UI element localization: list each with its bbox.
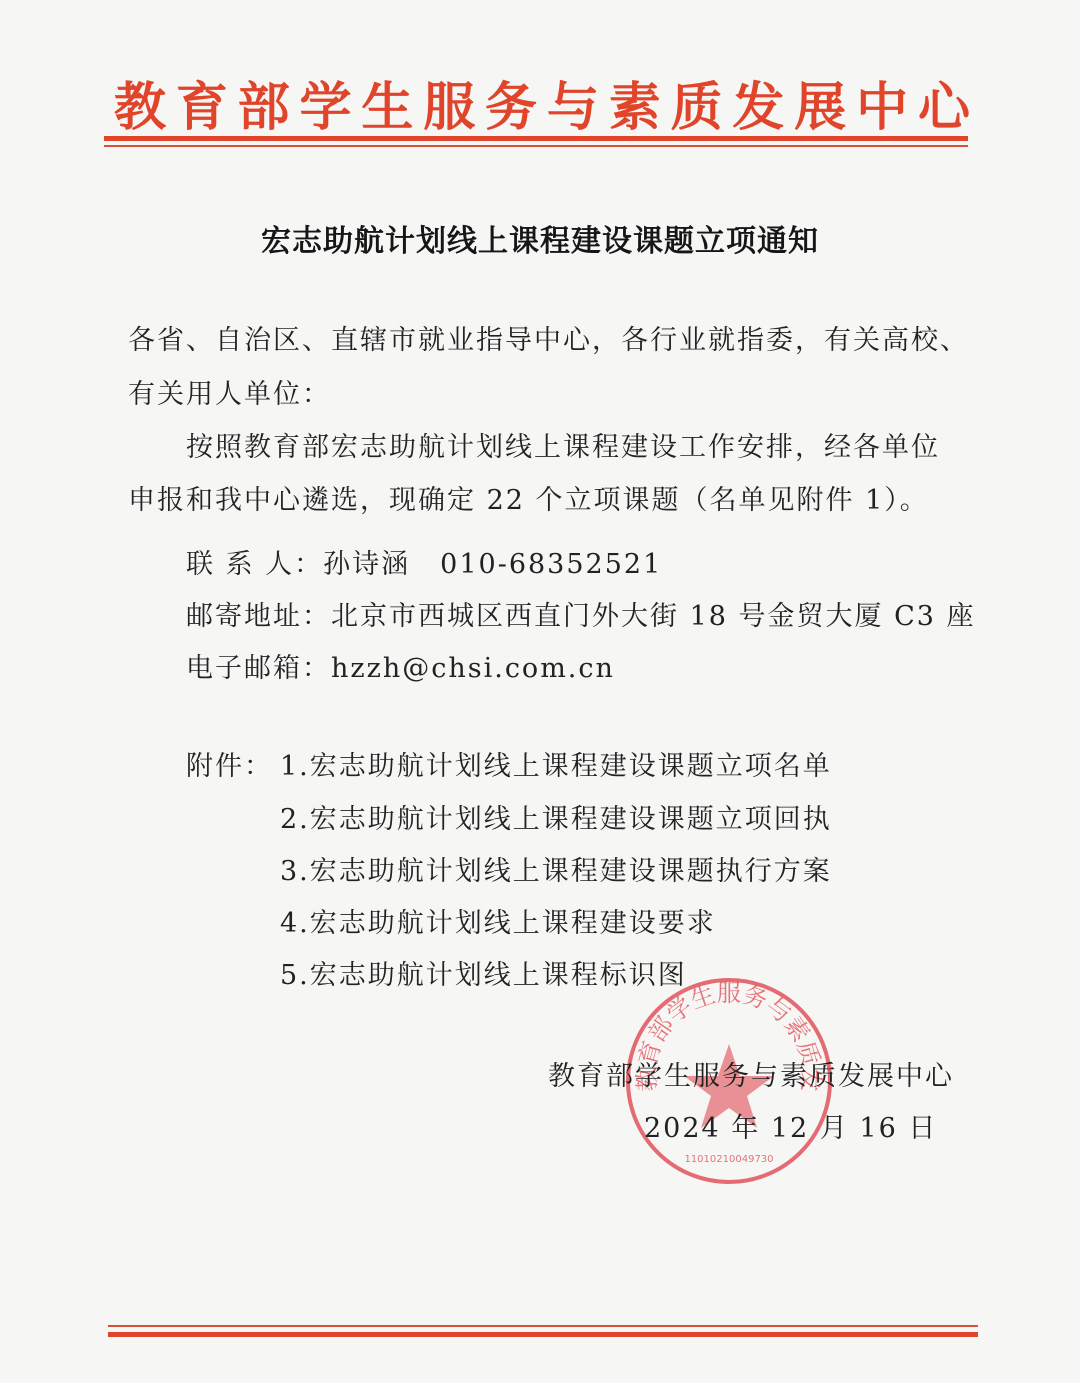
letterhead-char: 与	[545, 65, 601, 140]
contact-phone: 010-68352521	[440, 549, 662, 580]
letterhead-char: 展	[792, 65, 848, 140]
attachment-item-4: 4.宏志助航计划线上课程建设要求	[280, 901, 716, 940]
letterhead-char: 心	[916, 65, 972, 140]
body-paragraph-line-1: 按照教育部宏志助航计划线上课程建设工作安排，经各单位	[186, 425, 940, 464]
letterhead-char: 学	[298, 65, 354, 140]
salutation-line-2: 有关用人单位：	[128, 372, 331, 411]
letterhead-char: 中	[854, 65, 910, 140]
address-row: 邮寄地址：北京市西城区西直门外大街 18 号金贸大厦 C3 座	[186, 594, 976, 633]
footer-rule-thin	[108, 1325, 978, 1327]
attachment-item-1: 1.宏志助航计划线上课程建设课题立项名单	[280, 744, 832, 783]
letterhead-char: 生	[359, 65, 415, 140]
signature-org: 教育部学生服务与素质发展中心	[548, 1054, 954, 1093]
org-letterhead: 教 育 部 学 生 服 务 与 素 质 发 展 中 心	[112, 62, 972, 142]
contact-person-name: 孙诗涵	[323, 549, 410, 580]
letterhead-char: 素	[607, 65, 663, 140]
footer-rule-thick	[108, 1332, 978, 1337]
letterhead-char: 发	[730, 65, 786, 140]
attachment-item-3: 3.宏志助航计划线上课程建设课题执行方案	[280, 849, 832, 888]
letterhead-char: 务	[483, 65, 539, 140]
letterhead-char: 育	[174, 65, 230, 140]
contact-person-row: 联 系 人：孙诗涵010-68352521	[186, 542, 662, 581]
signature-date: 2024 年 12 月 16 日	[644, 1106, 937, 1145]
email-label: 电子邮箱：	[186, 653, 331, 684]
attachment-item-5: 5.宏志助航计划线上课程标识图	[280, 953, 687, 992]
document-title: 宏志助航计划线上课程建设课题立项通知	[0, 216, 1080, 260]
letterhead-char: 质	[669, 65, 725, 140]
letterhead-char: 服	[421, 65, 477, 140]
email-row: 电子邮箱：hzzh@chsi.com.cn	[186, 646, 615, 685]
email-value: hzzh@chsi.com.cn	[331, 653, 615, 684]
header-rule-thick	[104, 136, 968, 141]
address-label: 邮寄地址：	[186, 601, 331, 632]
document-page: 教 育 部 学 生 服 务 与 素 质 发 展 中 心 宏志助航计划线上课程建设…	[0, 0, 1080, 1383]
attachment-item-2: 2.宏志助航计划线上课程建设课题立项回执	[280, 797, 832, 836]
body-paragraph-line-2: 申报和我中心遴选，现确定 22 个立项课题（名单见附件 1）。	[128, 478, 929, 517]
salutation-line-1: 各省、自治区、直辖市就业指导中心，各行业就指委，有关高校、	[128, 318, 969, 357]
header-rule-thin	[104, 145, 968, 147]
address-value: 北京市西城区西直门外大街 18 号金贸大厦 C3 座	[331, 601, 976, 632]
contact-person-label: 联 系 人：	[186, 549, 323, 580]
letterhead-char: 教	[112, 65, 168, 140]
letterhead-char: 部	[236, 65, 292, 140]
attachments-label: 附件：	[186, 744, 273, 783]
svg-text:1101021004973​0: 1101021004973​0	[684, 1154, 773, 1165]
